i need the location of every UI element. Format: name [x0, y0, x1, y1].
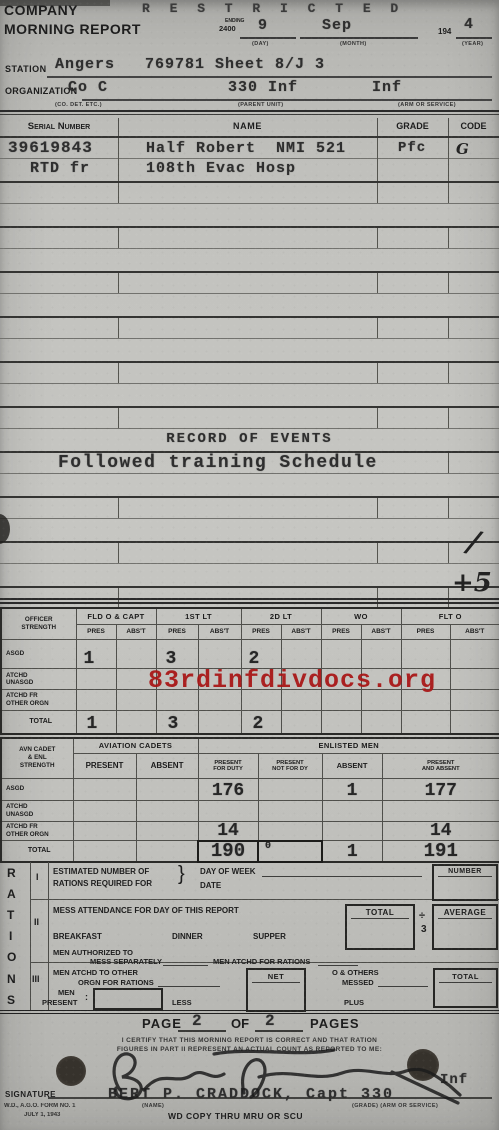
men-authorized-line2: MESS SEPARATELY: [90, 957, 162, 966]
plus-label: PLUS: [344, 998, 364, 1007]
cell: [281, 639, 321, 668]
date-year-value: 4: [464, 16, 474, 33]
pa-header: PRESENT AND ABSENT: [382, 753, 499, 778]
col-header-serial: Serial Number: [0, 121, 118, 132]
roster-header-row: Serial Number NAME GRADE CODE: [0, 118, 499, 138]
mess-total-box: TOTAL: [345, 904, 415, 950]
rations-total-label: TOTAL: [439, 972, 492, 983]
number-box: NUMBER: [432, 864, 498, 901]
cell: 1: [76, 639, 116, 668]
roster-body: 39619843 Half Robert NMI 521 Pfc G RTD f…: [0, 136, 499, 622]
roster-empty-row: [0, 226, 499, 271]
men-present-box: [93, 988, 163, 1010]
enlisted-row-atchd-fr: ATCHD FR OTHER ORGN 14 14: [1, 821, 499, 841]
cell: [322, 821, 382, 841]
average-box: AVERAGE: [432, 904, 498, 950]
supper-label: SUPPER: [253, 932, 286, 941]
organization-arm-sub: (ARM OR SERVICE): [398, 102, 456, 108]
station-line: [47, 76, 492, 78]
cell: [73, 800, 136, 821]
cell: 3: [156, 639, 198, 668]
roster-empty-row: [0, 316, 499, 361]
rations-letter: S: [7, 993, 15, 1007]
officer-group-1stlt: 1ST LT: [156, 608, 241, 624]
cell: [258, 778, 322, 800]
enlisted-row-total: TOTAL 190 0 1 191: [1, 841, 499, 862]
cell: [198, 711, 241, 734]
net-box: NET: [246, 968, 306, 1012]
enlisted-row-atchd-unasgd: ATCHD UNASGD: [1, 800, 499, 821]
organization-line: [82, 99, 492, 101]
form-number-line2: JULY 1, 1943: [24, 1112, 60, 1118]
entry-remark: 108th Evac Hosp: [146, 160, 296, 177]
o-and-others: O & OTHERS: [332, 968, 379, 977]
row-label: ASGD: [1, 778, 73, 800]
cell: 1: [76, 711, 116, 734]
col-header-grade: GRADE: [377, 121, 448, 131]
colon: :: [85, 992, 88, 1002]
rations-letter: R: [7, 866, 16, 880]
officer-group-flto: FLT O: [401, 608, 499, 624]
cell: [322, 800, 382, 821]
cell: 2: [241, 639, 281, 668]
average-box-label: AVERAGE: [438, 908, 492, 919]
rations-letter: N: [7, 972, 16, 986]
men-atchd-for-rations: MEN ATCHD FOR RATIONS: [213, 957, 310, 966]
cell: [136, 841, 198, 862]
row-label: TOTAL: [1, 841, 73, 862]
date-day-line: [240, 37, 296, 39]
cell: [198, 639, 241, 668]
cell: [73, 778, 136, 800]
cell: 0: [258, 841, 322, 862]
cell: [136, 778, 198, 800]
page-value: 2: [192, 1012, 203, 1030]
entry-serial-number: 39619843: [8, 139, 93, 157]
watermark-text: 83rdinfdivdocs.org: [148, 666, 436, 695]
net-box-label: NET: [252, 972, 300, 983]
roster-empty-row: [0, 541, 499, 586]
pres-header: PRES: [76, 624, 116, 639]
morning-report-document: COMPANY MORNING REPORT R E S T R I C T E…: [0, 0, 499, 1130]
mess-total-label: TOTAL: [351, 908, 409, 919]
entry-grade: Pfc: [398, 140, 426, 156]
handwritten-signature: [92, 1040, 464, 1110]
organization-parent-sub: (PARENT UNIT): [238, 102, 283, 108]
organization-unit-sub: (CO. DET. ETC.): [55, 102, 102, 108]
pnfd-header: PRESENT NOT FOR DY: [258, 753, 322, 778]
cell: 191: [382, 841, 499, 862]
record-of-events-entry: Followed training Schedule: [58, 453, 378, 473]
year-prefix: 194: [438, 27, 451, 36]
entry-code: G: [456, 140, 469, 158]
cell: [401, 711, 450, 734]
part3-numeral: III: [32, 974, 40, 984]
distribution-note: WD COPY THRU MRU OR SCU: [168, 1111, 303, 1121]
cell: [450, 669, 499, 689]
cell: [361, 639, 401, 668]
classification-banner: R E S T R I C T E D: [142, 1, 404, 16]
pres-header: PRES: [241, 624, 281, 639]
estimated-rations-line1: ESTIMATED NUMBER OF: [53, 867, 149, 876]
part2-numeral: II: [34, 917, 39, 927]
cell: [73, 841, 136, 862]
av-present-header: PRESENT: [73, 753, 136, 778]
pages-label: PAGES: [310, 1016, 360, 1031]
row-label: ASGD: [1, 639, 76, 668]
date-month-sub: (MONTH): [340, 41, 367, 47]
messed-label: MESSED: [342, 978, 374, 987]
rations-letter: I: [9, 929, 12, 943]
enlisted-row-asgd: ASGD 176 1 177: [1, 778, 499, 800]
form-number-line1: W.D., A.G.O. FORM NO. 1: [4, 1103, 75, 1109]
organization-label: ORGANIZATION: [5, 86, 77, 96]
cell: 190: [198, 841, 258, 862]
enlisted-strength-table: AVN CADET & ENL STRENGTH AVIATION CADETS…: [0, 737, 499, 863]
pages-value: 2: [265, 1012, 276, 1030]
cell: [450, 711, 499, 734]
date-month-value: Sep: [322, 17, 352, 34]
abst-header: ABS'T: [281, 624, 321, 639]
row-label: TOTAL: [1, 711, 76, 734]
less-label: LESS: [172, 998, 192, 1007]
scan-edge-mark: [0, 0, 110, 6]
row-label: ATCHD UNASGD: [1, 800, 73, 821]
mess-attendance-title: MESS ATTENDANCE FOR DAY OF THIS REPORT: [53, 906, 239, 915]
brace: }: [178, 863, 185, 886]
cell: [73, 821, 136, 841]
cell: [258, 821, 322, 841]
cell: [258, 800, 322, 821]
estimated-rations-line2: RATIONS REQUIRED FOR: [53, 879, 152, 888]
divide-sign: ÷: [419, 910, 425, 922]
cell: 1: [322, 778, 382, 800]
cell: 2: [241, 711, 281, 734]
roster-empty-row: [0, 496, 499, 541]
cell: [361, 711, 401, 734]
enlisted-men-group: ENLISTED MEN: [198, 738, 499, 753]
organization-parent-unit: 330 Inf: [228, 79, 298, 96]
rations-total-box: TOTAL: [433, 968, 498, 1008]
cell: [116, 711, 156, 734]
col-header-code: CODE: [448, 121, 499, 131]
cell: [136, 821, 198, 841]
record-of-events-title: RECORD OF EVENTS: [0, 431, 499, 447]
organization-unit: Co C: [68, 79, 108, 96]
men-present-line1: MEN: [58, 988, 75, 997]
pres-header: PRES: [156, 624, 198, 639]
pfd-header: PRESENT FOR DUTY: [198, 753, 258, 778]
pres-header: PRES: [401, 624, 450, 639]
row-label: ATCHD FR OTHER ORGN: [1, 821, 73, 841]
officer-corner-label: OFFICER STRENGTH: [1, 608, 76, 639]
cell: [450, 639, 499, 668]
date-year-sub: (YEAR): [462, 41, 483, 47]
cell: [401, 639, 450, 668]
record-of-events-row: RECORD OF EVENTS: [0, 406, 499, 451]
cell: [321, 639, 361, 668]
margin-note-plus5: +5: [452, 568, 492, 598]
roster-empty-row: [0, 181, 499, 226]
divisor: 3: [421, 924, 427, 935]
cell: [450, 689, 499, 710]
cell: 176: [198, 778, 258, 800]
organization-arm: Inf: [372, 79, 402, 96]
cell: 1: [322, 841, 382, 862]
of-label: OF: [231, 1016, 249, 1031]
dinner-label: DINNER: [172, 932, 203, 941]
breakfast-label: BREAKFAST: [53, 932, 102, 941]
officer-group-wo: WO: [321, 608, 401, 624]
abst-header: ABS'T: [116, 624, 156, 639]
rations-letter: O: [7, 950, 16, 964]
part1-numeral: I: [36, 872, 39, 882]
cell: 177: [382, 778, 499, 800]
roster-entry-row: 39619843 Half Robert NMI 521 Pfc G RTD f…: [0, 136, 499, 181]
col-header-name: NAME: [118, 121, 377, 131]
record-of-events-entry-row: Followed training Schedule: [0, 451, 499, 496]
station-label: STATION: [5, 64, 47, 74]
men-atchd-other-line2: ORGN FOR RATIONS: [78, 978, 154, 987]
page-label: PAGE: [142, 1016, 182, 1031]
pres-header: PRES: [321, 624, 361, 639]
number-box-label: NUMBER: [438, 868, 492, 877]
date-year-line: [456, 37, 492, 39]
section-divider: [0, 110, 499, 115]
cell: [136, 800, 198, 821]
cell: 3: [156, 711, 198, 734]
cell: 14: [382, 821, 499, 841]
roster-empty-row: [0, 361, 499, 406]
cell: [281, 711, 321, 734]
date-day-sub: (DAY): [252, 41, 269, 47]
entry-name: Half Robert NMI 521: [146, 140, 346, 157]
cell: 14: [198, 821, 258, 841]
station-value: Angers 769781 Sheet 8/J 3: [55, 56, 325, 73]
abst-header: ABS'T: [198, 624, 241, 639]
cell: [382, 800, 499, 821]
day-of-week-label: DAY OF WEEK: [200, 867, 256, 876]
av-absent-header: ABSENT: [136, 753, 198, 778]
ending-time: 2400: [219, 24, 236, 33]
row-label: ATCHD UNASGD: [1, 669, 76, 689]
officer-group-2dlt: 2D LT: [241, 608, 321, 624]
punch-hole-left: [56, 1056, 86, 1086]
aviation-cadets-group: AVIATION CADETS: [73, 738, 198, 753]
date-day-value: 9: [258, 17, 268, 34]
men-atchd-other-line1: MEN ATCHD TO OTHER: [53, 968, 138, 977]
form-title-line2: MORNING REPORT: [4, 21, 141, 37]
row-label: ATCHD FR OTHER ORGN: [1, 689, 76, 710]
cell: [321, 711, 361, 734]
abst-header: ABS'T: [361, 624, 401, 639]
entry-remark-left: RTD fr: [30, 160, 90, 177]
date-month-line: [300, 37, 418, 39]
rations-letter: A: [7, 887, 16, 901]
abst-header: ABS'T: [450, 624, 499, 639]
officer-row-asgd: ASGD 1 3 2: [1, 639, 499, 668]
section-divider: [0, 598, 499, 604]
roster-empty-row: [0, 271, 499, 316]
enlisted-corner-label: AVN CADET & ENL STRENGTH: [1, 738, 73, 778]
officer-group-fldo: FLD O & CAPT: [76, 608, 156, 624]
cell: [198, 800, 258, 821]
rations-letter: T: [7, 908, 14, 922]
officer-row-total: TOTAL 1 3 2: [1, 711, 499, 734]
cell: [116, 639, 156, 668]
men-authorized-line1: MEN AUTHORIZED TO: [53, 948, 133, 957]
date-label: DATE: [200, 881, 221, 890]
men-present-line2: PRESENT: [42, 998, 77, 1007]
rations-section: R A T I O N S I II III ESTIMATED NUMBER …: [0, 862, 499, 1014]
en-absent-header: ABSENT: [322, 753, 382, 778]
cell: [76, 669, 116, 689]
cell: [76, 689, 116, 710]
